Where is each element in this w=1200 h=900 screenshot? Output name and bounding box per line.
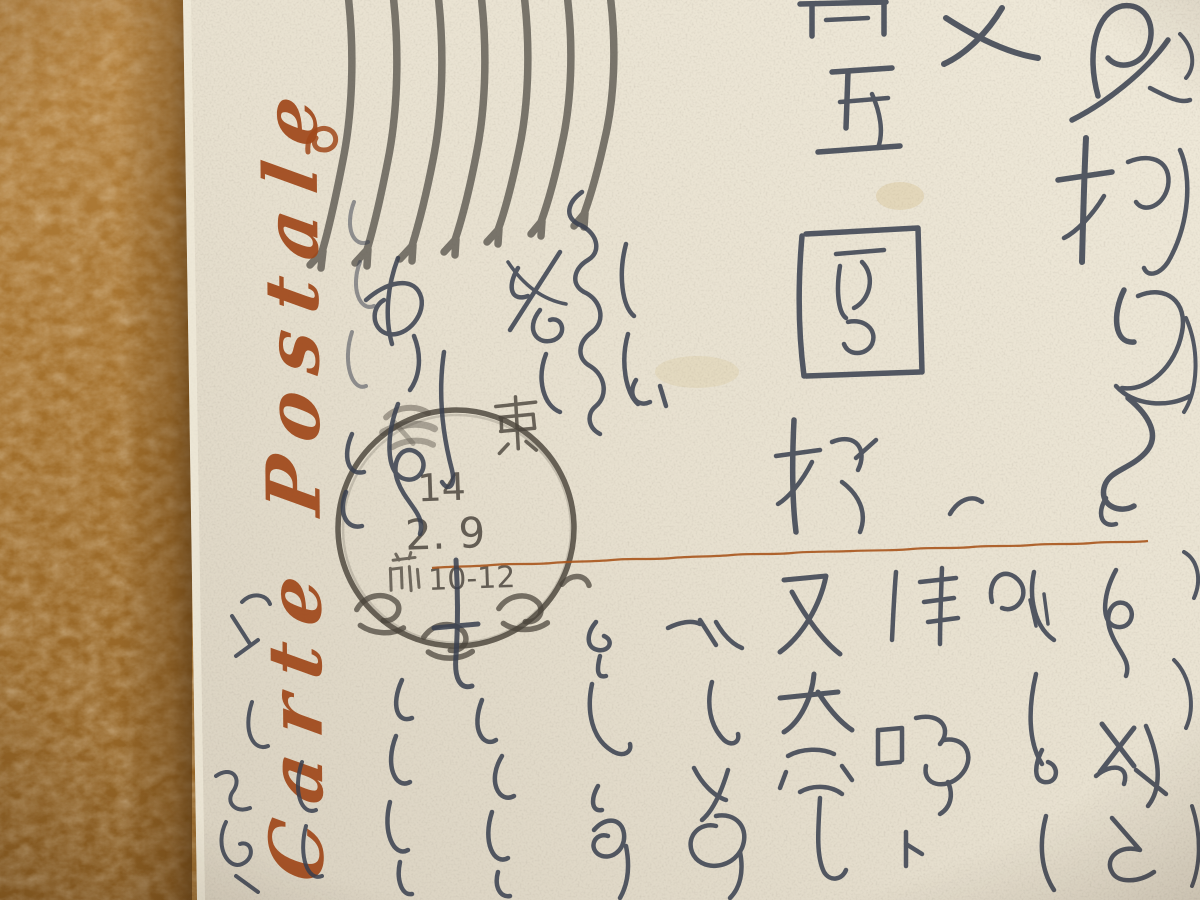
photo-vignette (0, 0, 1200, 900)
postcard-photo: 14 2. 9 10-12 Car (0, 0, 1200, 900)
